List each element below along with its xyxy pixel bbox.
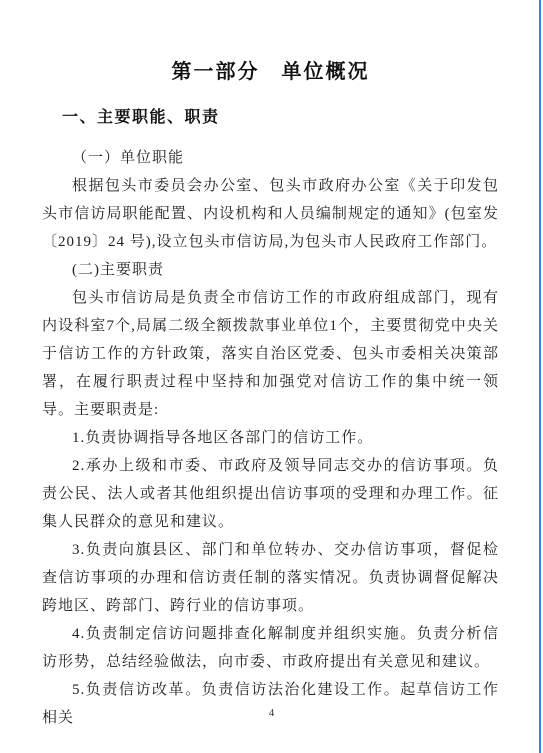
paragraph-unit-functions: 根据包头市委员会办公室、包头市政府办公室《关于印发包头市信访局职能配置、内设机构… — [42, 172, 499, 256]
body-text-block: （一）单位职能 根据包头市委员会办公室、包头市政府办公室《关于印发包头市信访局职… — [42, 144, 499, 732]
subsection-label-main-duties: (二)主要职责 — [42, 256, 499, 284]
page-number: 4 — [0, 703, 543, 723]
document-title: 第一部分 单位概况 — [42, 58, 499, 86]
subsection-label-unit-functions: （一）单位职能 — [42, 144, 499, 172]
paragraph-main-duties-intro: 包头市信访局是负责全市信访工作的市政府组成部门，现有内设科室7个,局属二级全额拨… — [42, 284, 499, 424]
section-heading: 一、主要职能、职责 — [62, 107, 499, 129]
document-page: 第一部分 单位概况 一、主要职能、职责 （一）单位职能 根据包头市委员会办公室、… — [0, 0, 543, 753]
duty-item-2: 2.承办上级和市委、市政府及领导同志交办的信访事项。负责公民、法人或者其他组织提… — [42, 452, 499, 536]
window-edge-accent-line — [539, 0, 541, 753]
duty-item-1: 1.负责协调指导各地区各部门的信访工作。 — [42, 424, 499, 452]
duty-item-3: 3.负责向旗县区、部门和单位转办、交办信访事项，督促检查信访事项的办理和信访责任… — [42, 536, 499, 620]
document-content: 第一部分 单位概况 一、主要职能、职责 （一）单位职能 根据包头市委员会办公室、… — [0, 0, 543, 732]
duty-item-4: 4.负责制定信访问题排查化解制度并组织实施。负责分析信访形势，总结经验做法，向市… — [42, 620, 499, 676]
